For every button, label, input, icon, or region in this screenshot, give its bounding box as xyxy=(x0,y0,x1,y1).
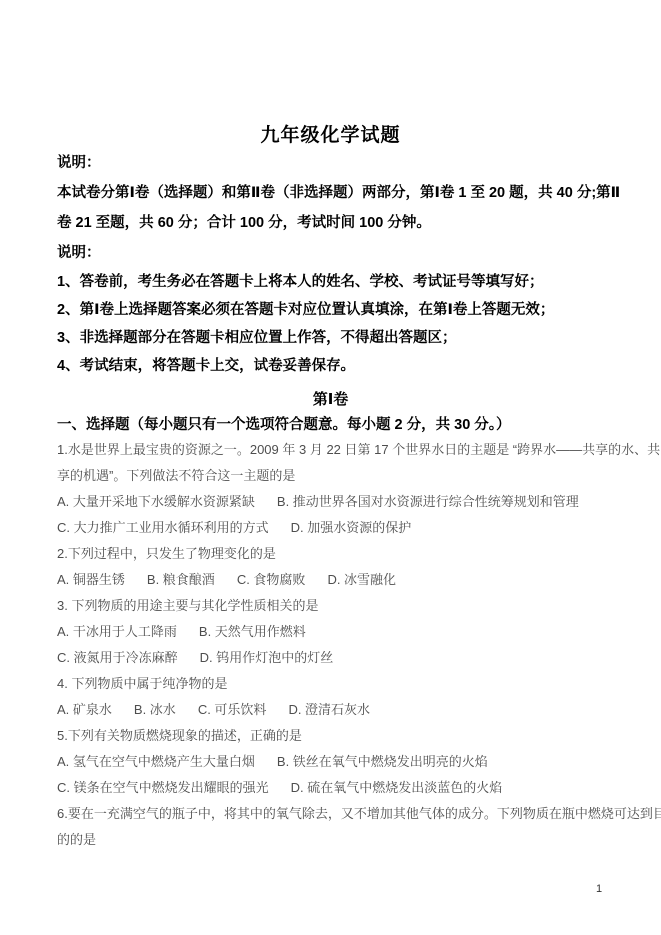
option-d: D. 硫在氧气中燃烧发出淡蓝色的火焰 xyxy=(291,775,503,801)
question6-stem: 6.要在一充满空气的瓶子中，将其中的氧气除去，又不增加其他气体的成分。下列物质在… xyxy=(57,801,604,827)
instruction-item-2: 2、第Ⅰ卷上选择题答案必须在答题卡对应位置认真填涂，在第Ⅰ卷上答题无效； xyxy=(57,296,604,324)
question6-stem: 的的是 xyxy=(57,827,604,853)
instruction-item-4: 4、考试结束，将答题卡上交，试卷妥善保存。 xyxy=(57,352,604,380)
question1-stem: 享的机遇”。下列做法不符合这一主题的是 xyxy=(57,463,604,489)
option-d: D. 钨用作灯泡中的灯丝 xyxy=(200,645,334,671)
page-title: 九年级化学试题 xyxy=(57,124,604,148)
question1-options-row: A. 大量开采地下水缓解水资源紧缺 B. 推动世界各国对水资源进行综合性统筹规划… xyxy=(57,489,604,515)
notice1-line: 本试卷分第Ⅰ卷（选择题）和第Ⅱ卷（非选择题）两部分，第Ⅰ卷 1 至 20 题，共… xyxy=(57,178,604,208)
option-c: C. 液氮用于冷冻麻醉 xyxy=(57,645,178,671)
question3-stem: 3. 下列物质的用途主要与其化学性质相关的是 xyxy=(57,593,604,619)
section1-heading: 一、选择题（每小题只有一个选项符合题意。每小题 2 分，共 30 分。） xyxy=(57,414,604,437)
question2-options-row: A. 铜器生锈 B. 粮食酿酒 C. 食物腐败 D. 冰雪融化 xyxy=(57,567,604,593)
option-a: A. 大量开采地下水缓解水资源紧缺 xyxy=(57,489,255,515)
option-b: B. 冰水 xyxy=(134,697,176,723)
option-b: B. 粮食酿酒 xyxy=(147,567,215,593)
question4-options-row: A. 矿泉水 B. 冰水 C. 可乐饮料 D. 澄清石灰水 xyxy=(57,697,604,723)
option-d: D. 冰雪融化 xyxy=(327,567,396,593)
question5-options-row: A. 氢气在空气中燃烧产生大量白烟 B. 铁丝在氧气中燃烧发出明亮的火焰 xyxy=(57,749,604,775)
option-b: B. 天然气用作燃料 xyxy=(199,619,306,645)
option-c: C. 食物腐败 xyxy=(237,567,306,593)
option-c: C. 大力推广工业用水循环利用的方式 xyxy=(57,515,269,541)
option-d: D. 澄清石灰水 xyxy=(288,697,370,723)
question1-stem: 1.水是世界上最宝贵的资源之一。2009 年 3 月 22 日第 17 个世界水… xyxy=(57,437,604,463)
question3-options-row: A. 干冰用于人工降雨 B. 天然气用作燃料 xyxy=(57,619,604,645)
instruction-item-3: 3、非选择题部分在答题卡相应位置上作答，不得超出答题区； xyxy=(57,324,604,352)
notice1-line: 卷 21 至题，共 60 分；合计 100 分，考试时间 100 分钟。 xyxy=(57,208,604,238)
option-c: C. 镁条在空气中燃烧发出耀眼的强光 xyxy=(57,775,269,801)
option-a: A. 铜器生锈 xyxy=(57,567,125,593)
notice1-heading: 说明： xyxy=(57,148,604,178)
question1-options-row: C. 大力推广工业用水循环利用的方式 D. 加强水资源的保护 xyxy=(57,515,604,541)
option-a: A. 干冰用于人工降雨 xyxy=(57,619,177,645)
option-d: D. 加强水资源的保护 xyxy=(291,515,412,541)
instruction-item-1: 1、答卷前，考生务必在答题卡上将本人的姓名、学校、考试证号等填写好； xyxy=(57,268,604,296)
question5-options-row: C. 镁条在空气中燃烧发出耀眼的强光 D. 硫在氧气中燃烧发出淡蓝色的火焰 xyxy=(57,775,604,801)
question2-stem: 2.下列过程中，只发生了物理变化的是 xyxy=(57,541,604,567)
part1-heading: 第Ⅰ卷 xyxy=(57,386,604,414)
question4-stem: 4. 下列物质中属于纯净物的是 xyxy=(57,671,604,697)
page-number: 1 xyxy=(596,883,602,895)
question3-options-row: C. 液氮用于冷冻麻醉 D. 钨用作灯泡中的灯丝 xyxy=(57,645,604,671)
option-c: C. 可乐饮料 xyxy=(198,697,267,723)
notice2-heading: 说明： xyxy=(57,238,604,268)
option-a: A. 氢气在空气中燃烧产生大量白烟 xyxy=(57,749,255,775)
exam-paper-page: 九年级化学试题 说明： 本试卷分第Ⅰ卷（选择题）和第Ⅱ卷（非选择题）两部分，第Ⅰ… xyxy=(0,0,661,935)
option-b: B. 铁丝在氧气中燃烧发出明亮的火焰 xyxy=(277,749,488,775)
option-b: B. 推动世界各国对水资源进行综合性统筹规划和管理 xyxy=(277,489,579,515)
page-content: 九年级化学试题 说明： 本试卷分第Ⅰ卷（选择题）和第Ⅱ卷（非选择题）两部分，第Ⅰ… xyxy=(0,0,661,853)
question5-stem: 5.下列有关物质燃烧现象的描述，正确的是 xyxy=(57,723,604,749)
option-a: A. 矿泉水 xyxy=(57,697,112,723)
